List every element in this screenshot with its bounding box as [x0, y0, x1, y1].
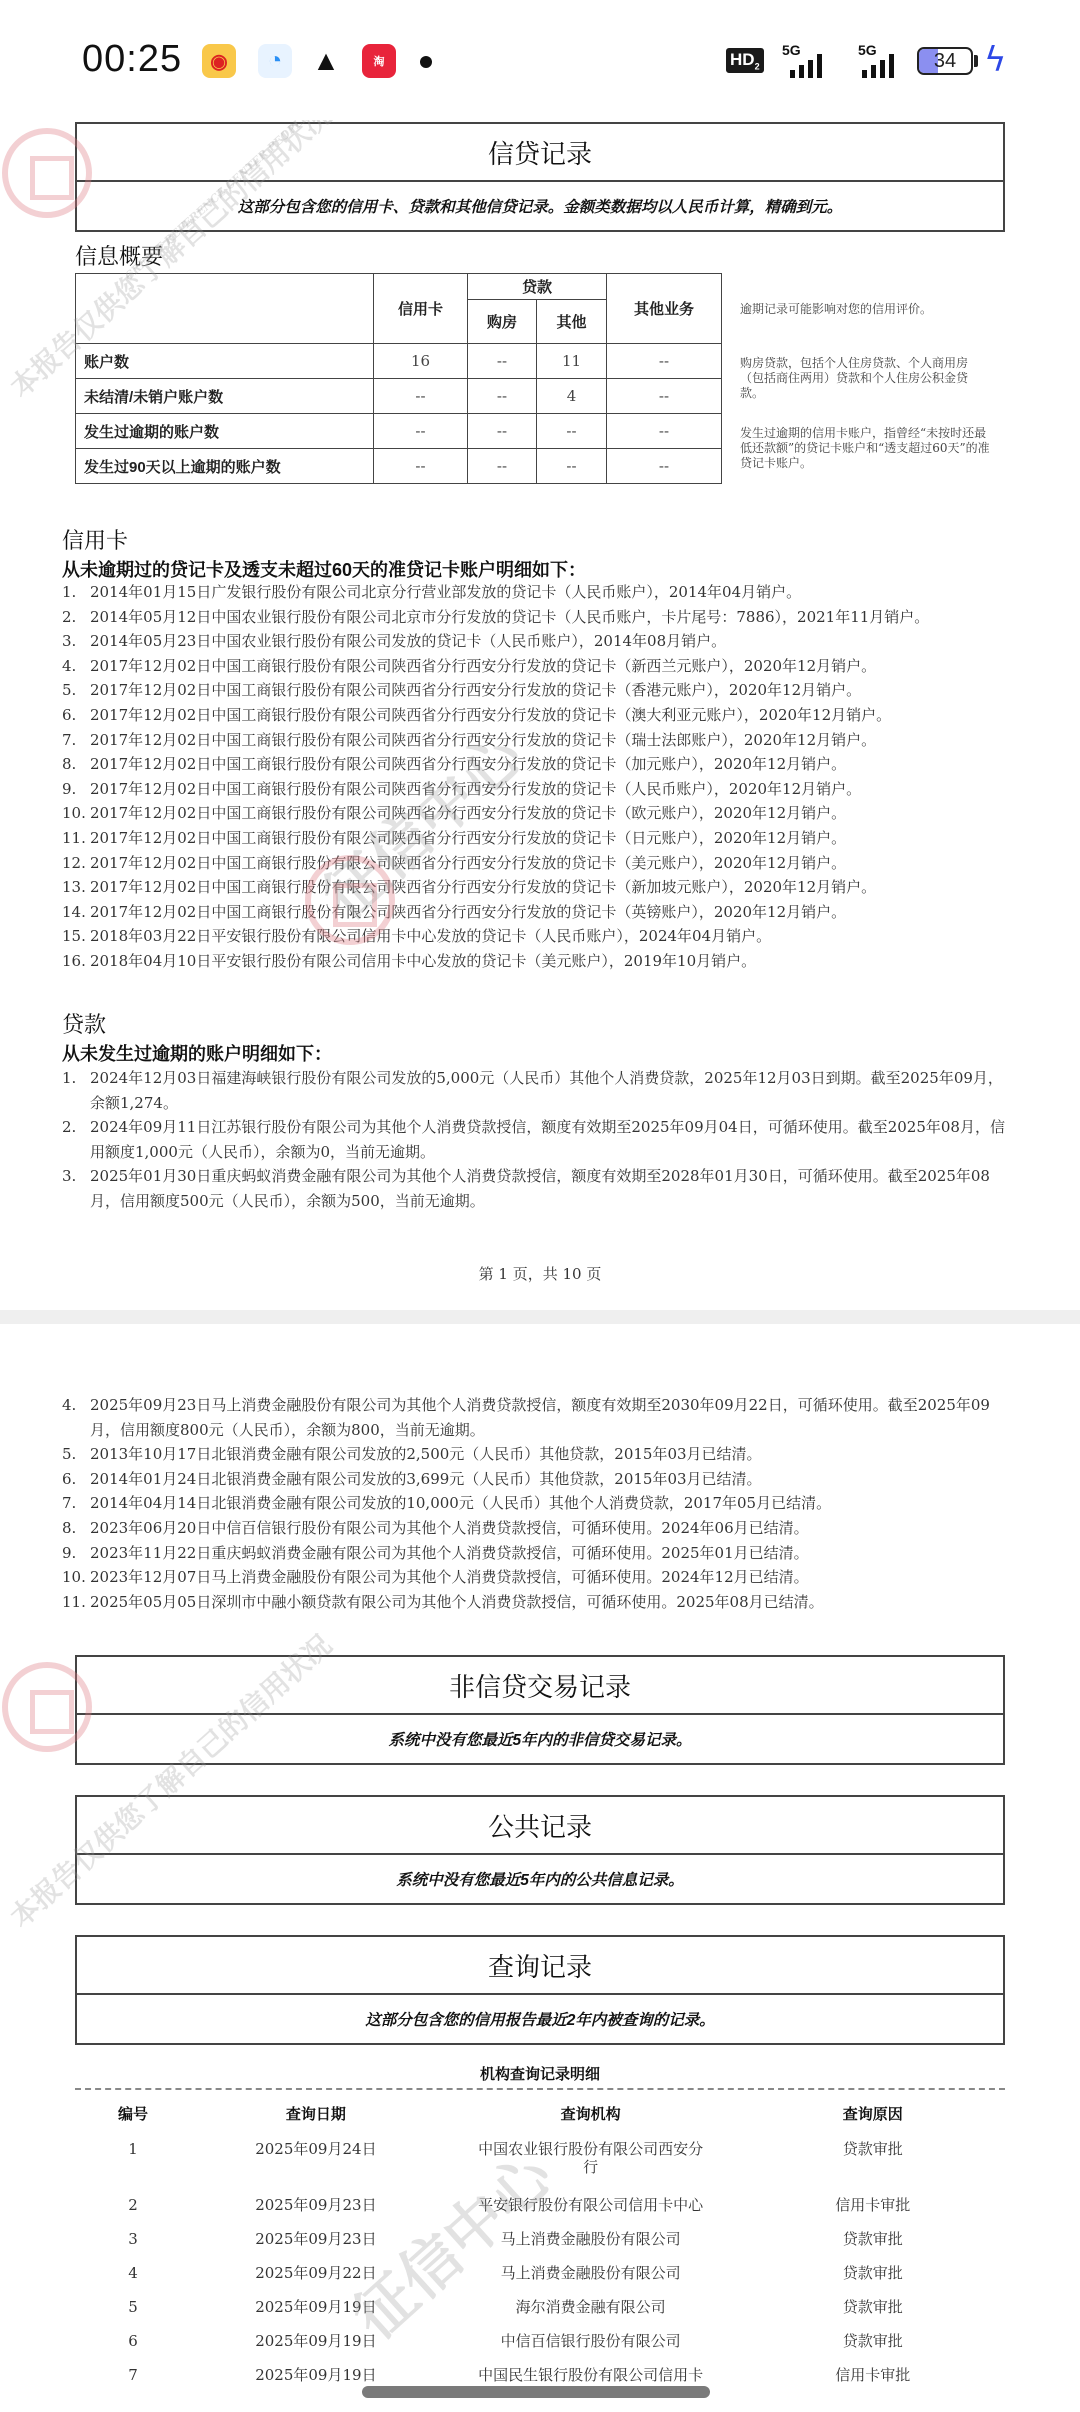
credit-card-heading: 信用卡 — [62, 524, 128, 555]
hd-voice-icon: HD2 — [726, 48, 764, 73]
list-item: 3.2014年05月23日中国农业银行股份有限公司发放的贷记卡（人民币账户），2… — [62, 629, 1012, 654]
list-item: 4.2025年09月23日马上消费金融股份有限公司为其他个人消费贷款授信，额度有… — [62, 1393, 1012, 1442]
credit-card-subheading: 从未逾期过的贷记卡及透支未超过60天的准贷记卡账户明细如下： — [62, 556, 586, 582]
table-row: 52025年09月19日海尔消费金融有限公司贷款审批 — [75, 2292, 1005, 2326]
list-item: 10.2023年12月07日马上消费金融股份有限公司为其他个人消费贷款授信，可循… — [62, 1565, 1012, 1590]
table-row: 42025年09月22日马上消费金融股份有限公司贷款审批 — [75, 2258, 1005, 2292]
header-no: 编号 — [75, 2092, 191, 2134]
list-item: 15.2018年03月22日平安银行股份有限公司信用卡中心发放的贷记卡（人民币账… — [62, 924, 1012, 949]
page-separator — [0, 1310, 1080, 1324]
list-item: 3.2025年01月30日重庆蚂蚁消费金融有限公司为其他个人消费贷款授信，额度有… — [62, 1164, 1012, 1213]
battery-level: 34 — [919, 50, 971, 73]
header-housing: 购房 — [468, 300, 537, 344]
summary-note: 发生过逾期的信用卡账户，指曾经“未按时还最低还款额”的贷记卡账户和“透支超过60… — [740, 426, 990, 471]
signal2-bars-icon — [862, 54, 894, 78]
battery-tip — [974, 55, 978, 67]
table-row: 22025年09月23日平安银行股份有限公司信用卡中心信用卡审批 — [75, 2190, 1005, 2224]
list-item: 13.2017年12月02日中国工商银行股份有限公司陕西省分行西安分行发放的贷记… — [62, 875, 1012, 900]
list-item: 6.2014年01月24日北银消费金融有限公司发放的3,699元（人民币）其他贷… — [62, 1467, 1012, 1492]
more-dot-icon — [420, 56, 432, 68]
loans-list-page1: 1.2024年12月03日福建海峡银行股份有限公司发放的5,000元（人民币）其… — [62, 1066, 1012, 1214]
section-subtitle: 系统中没有您最近5年内的非信贷交易记录。 — [77, 1715, 1003, 1763]
loans-list-page2: 4.2025年09月23日马上消费金融股份有限公司为其他个人消费贷款授信，额度有… — [62, 1393, 1012, 1614]
status-bar: 00:25 ◉ ◔ ▲ 淘 HD2 5G 5G 34 ϟ — [0, 0, 1080, 120]
list-item: 11.2025年05月05日深圳市中融小额贷款有限公司为其他个人消费贷款授信，可… — [62, 1590, 1012, 1615]
section-subtitle: 这部分包含您的信用报告最近2年内被查询的记录。 — [77, 1995, 1003, 2043]
list-item: 7.2017年12月02日中国工商银行股份有限公司陕西省分行西安分行发放的贷记卡… — [62, 728, 1012, 753]
header-reason: 查询原因 — [741, 2092, 1005, 2134]
summary-row: 账户数 16 -- 11 -- — [76, 344, 722, 379]
public-records-section: 公共记录 系统中没有您最近5年内的公共信息记录。 — [75, 1795, 1005, 1905]
summary-table: 信用卡 贷款 其他业务 购房 其他 账户数 16 -- 11 -- 未结清/未销… — [75, 273, 722, 484]
list-item: 8.2017年12月02日中国工商银行股份有限公司陕西省分行西安分行发放的贷记卡… — [62, 752, 1012, 777]
list-item: 14.2017年12月02日中国工商银行股份有限公司陕西省分行西安分行发放的贷记… — [62, 900, 1012, 925]
charging-icon: ϟ — [984, 40, 1006, 80]
table-row: 62025年09月19日中信百信银行股份有限公司贷款审批 — [75, 2326, 1005, 2360]
list-item: 1.2024年12月03日福建海峡银行股份有限公司发放的5,000元（人民币）其… — [62, 1066, 1012, 1115]
list-item: 2.2024年09月11日江苏银行股份有限公司为其他个人消费贷款授信，额度有效期… — [62, 1115, 1012, 1164]
section-subtitle: 系统中没有您最近5年内的公共信息记录。 — [77, 1855, 1003, 1903]
section-subtitle: 这部分包含您的信用卡、贷款和其他信贷记录。金额类数据均以人民币计算，精确到元。 — [77, 182, 1003, 230]
dashed-divider — [75, 2088, 1005, 2090]
loans-subheading: 从未发生过逾期的账户明细如下： — [62, 1040, 332, 1066]
list-item: 5.2017年12月02日中国工商银行股份有限公司陕西省分行西安分行发放的贷记卡… — [62, 678, 1012, 703]
list-item: 9.2023年11月22日重庆蚂蚁消费金融有限公司为其他个人消费贷款授信，可循环… — [62, 1541, 1012, 1566]
cloud-app-icon: ◔ — [258, 44, 292, 78]
taobao-icon: 淘 — [362, 44, 396, 78]
weibo-icon: ◉ — [202, 44, 236, 78]
header-credit-card: 信用卡 — [374, 274, 468, 344]
summary-row: 发生过90天以上逾期的账户数 -- -- -- -- — [76, 449, 722, 484]
list-item: 4.2017年12月02日中国工商银行股份有限公司陕西省分行西安分行发放的贷记卡… — [62, 654, 1012, 679]
section-title: 查询记录 — [77, 1937, 1003, 1995]
header-date: 查询日期 — [191, 2092, 441, 2134]
signal1-bars-icon — [790, 54, 822, 78]
home-indicator[interactable] — [362, 2386, 710, 2398]
header-org: 查询机构 — [441, 2092, 741, 2134]
credit-records-section: 信贷记录 这部分包含您的信用卡、贷款和其他信贷记录。金额类数据均以人民币计算，精… — [75, 122, 1005, 232]
section-title: 公共记录 — [77, 1797, 1003, 1855]
battery-icon: 34 — [917, 47, 973, 75]
list-item: 5.2013年10月17日北银消费金融有限公司发放的2,500元（人民币）其他贷… — [62, 1442, 1012, 1467]
list-item: 1.2014年01月15日广发银行股份有限公司北京分行营业部发放的贷记卡（人民币… — [62, 580, 1012, 605]
list-item: 11.2017年12月02日中国工商银行股份有限公司陕西省分行西安分行发放的贷记… — [62, 826, 1012, 851]
section-title: 信贷记录 — [77, 124, 1003, 182]
header-loan: 贷款 — [468, 274, 607, 300]
loans-heading: 贷款 — [62, 1008, 106, 1039]
table-row: 32025年09月23日马上消费金融股份有限公司贷款审批 — [75, 2224, 1005, 2258]
table-row: 12025年09月24日中国农业银行股份有限公司西安分行贷款审批 — [75, 2134, 1005, 2190]
section-title: 非信贷交易记录 — [77, 1657, 1003, 1715]
credit-card-list: 1.2014年01月15日广发银行股份有限公司北京分行营业部发放的贷记卡（人民币… — [62, 580, 1012, 974]
header-other-business: 其他业务 — [607, 274, 722, 344]
summary-note: 购房贷款，包括个人住房贷款、个人商用房（包括商住两用）贷款和个人住房公积金贷款。 — [740, 356, 990, 401]
list-item: 9.2017年12月02日中国工商银行股份有限公司陕西省分行西安分行发放的贷记卡… — [62, 777, 1012, 802]
page-indicator: 第 1 页，共 10 页 — [0, 1263, 1080, 1284]
non-credit-section: 非信贷交易记录 系统中没有您最近5年内的非信贷交易记录。 — [75, 1655, 1005, 1765]
inquiry-section: 查询记录 这部分包含您的信用报告最近2年内被查询的记录。 — [75, 1935, 1005, 2045]
corner-cell — [76, 274, 374, 344]
clock: 00:25 — [82, 38, 182, 81]
inquiry-table-title: 机构查询记录明细 — [0, 2063, 1080, 2084]
list-item: 2.2014年05月12日中国农业银行股份有限公司北京市分行发放的贷记卡（人民币… — [62, 605, 1012, 630]
inquiry-table: 编号 查询日期 查询机构 查询原因 12025年09月24日中国农业银行股份有限… — [75, 2092, 1005, 2394]
list-item: 6.2017年12月02日中国工商银行股份有限公司陕西省分行西安分行发放的贷记卡… — [62, 703, 1012, 728]
list-item: 7.2014年04月14日北银消费金融有限公司发放的10,000元（人民币）其他… — [62, 1491, 1012, 1516]
list-item: 8.2023年06月20日中信百信银行股份有限公司为其他个人消费贷款授信，可循环… — [62, 1516, 1012, 1541]
summary-row: 发生过逾期的账户数 -- -- -- -- — [76, 414, 722, 449]
warning-icon: ▲ — [310, 44, 342, 78]
list-item: 12.2017年12月02日中国工商银行股份有限公司陕西省分行西安分行发放的贷记… — [62, 851, 1012, 876]
summary-heading: 信息概要 — [75, 240, 163, 271]
list-item: 10.2017年12月02日中国工商银行股份有限公司陕西省分行西安分行发放的贷记… — [62, 801, 1012, 826]
report-page-1: 信贷记录 这部分包含您的信用卡、贷款和其他信贷记录。金额类数据均以人民币计算，精… — [0, 0, 1080, 1310]
summary-row: 未结清/未销户账户数 -- -- 4 -- — [76, 379, 722, 414]
summary-note: 逾期记录可能影响对您的信用评价。 — [740, 302, 990, 317]
header-other: 其他 — [537, 300, 607, 344]
list-item: 16.2018年04月10日平安银行股份有限公司信用卡中心发放的贷记卡（美元账户… — [62, 949, 1012, 974]
